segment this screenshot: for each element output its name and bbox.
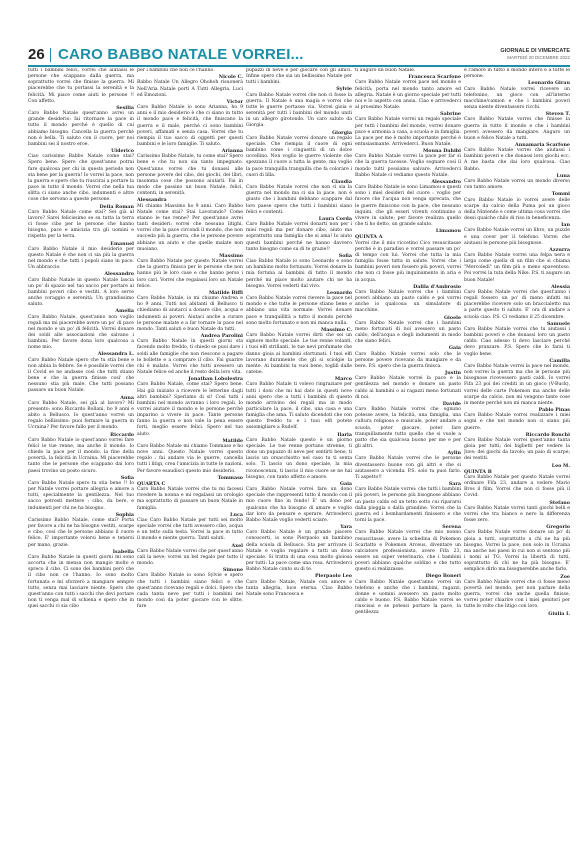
- letter-signature: Giulia I.: [464, 611, 570, 617]
- letter-text: Caro Babbo Natale vorrei ricevere un tel…: [464, 87, 570, 112]
- article-columns: tutti i bambini felici, vorrei che aiuta…: [28, 68, 570, 838]
- letter-text: Caro Babbo Natale io quest'anno vorrei f…: [28, 438, 134, 475]
- letter-text: Caro Babbo Natale io sono Sylvie e spero…: [137, 573, 243, 610]
- letter-text: Caro Babbo Natale vorrei che non ci sia …: [246, 185, 352, 216]
- column-2: per i bambini che non ce l'hanno.Nicole …: [137, 68, 243, 838]
- masthead: GIORNALE DI VIMERCATE MARTEDÌ 20 DICEMBR…: [500, 48, 570, 61]
- letter-text: Caro Babbo Natale io sono Limamou e ques…: [355, 185, 461, 228]
- letter-text: Caro Babbo Natale vorrei un regalo speci…: [355, 117, 461, 148]
- letter-text: Caro Babbo Natale in questo Natale lasci…: [28, 278, 134, 309]
- letter-text: Caro Babbo Natale è un grande piacere co…: [246, 530, 352, 573]
- issue-date: MARTEDÌ 20 DICEMBRE 2022: [500, 55, 570, 61]
- letter-text: Caro Babbo Natale vorrei che ognuno pote…: [355, 407, 461, 450]
- letter-text: tutti i bambini felici, vorrei che aiuta…: [28, 68, 134, 105]
- letter-text: Caro Babbo Natale vorrei tanti giochi be…: [464, 506, 570, 524]
- letter-text: e l'amore in tutto il mondo intero e a t…: [464, 68, 570, 80]
- column-4: ti auguro un buon Natale.Francesca Scarf…: [355, 68, 461, 838]
- newspaper-name: GIORNALE DI VIMERCATE: [500, 48, 570, 55]
- letter-text: Caro Babbo Natale in questi giorni mi so…: [28, 555, 134, 610]
- column-5: e l'amore in tutto il mondo intero e a t…: [464, 68, 570, 838]
- letter-text: Caro Babbo Natale questo è un giorno spe…: [246, 438, 352, 481]
- letter-text: Caro Babbo Natale vorrei solo che le per…: [355, 352, 461, 370]
- letter-text: Caro Babbo Natale vorrei realizzare i mi…: [464, 413, 570, 431]
- letter-text: Caro Babbo Natale io sono Arianna, ho 9 …: [137, 105, 243, 148]
- letter-text: Caro Babbo Natale vorrei la pace e la ge…: [355, 376, 461, 401]
- letter-text: Ciao Caro Babbo Natale per tutti sei mol…: [137, 518, 243, 543]
- letter-text: Vorrei che il mio riccetino Cico resusci…: [355, 241, 461, 284]
- letter-text: Caro Babbo Natale vorrei che finisse la …: [464, 117, 570, 142]
- letter-text: Caro Babbo Natale per questo Natale vorr…: [464, 475, 570, 500]
- letter-text: Caro Babbo Natale ti volevo ringraziare …: [246, 382, 352, 431]
- letter-text: Caro Babbo Natale vorrei quest'anno tant…: [464, 438, 570, 463]
- page-number: 26: [28, 46, 45, 64]
- letter-text: Caro Babbo Natale vorrei che quest'anno …: [464, 290, 570, 321]
- letter-text: Caro Babbo Natale vorrei la pace nel mon…: [464, 364, 570, 407]
- column-3: pupazzi di neve e per giocare con gli am…: [246, 68, 352, 838]
- page-title: CARO BABBO NATALE VORREI...: [58, 46, 304, 64]
- letter-text: Caro Babbo Natale, sei già al lavoro? Mi…: [28, 401, 134, 432]
- letter-text: Caro Babbo Natale, come stai? Spero bene…: [137, 382, 243, 437]
- letter-text: Caro Babbo Natale vorrei che le persone …: [355, 456, 461, 481]
- header-separator: [50, 48, 51, 62]
- letter-text: pupazzi di neve e per giocare con gli am…: [246, 68, 352, 86]
- letter-text: Caro Babbo Natale vorrei che tu aiutassi…: [464, 327, 570, 358]
- letter-text: Caro Babbo Natale mi chiamo Tommaso e ho…: [137, 444, 243, 475]
- letter-text: Caro Babbo Natale vorrei donarti non per…: [246, 222, 352, 253]
- letter-text: Caro Babbo Natale vorrei donare un regal…: [246, 136, 352, 179]
- letter-text: Caro Babbo Natale vorrei che aiutassi i …: [464, 148, 570, 173]
- letter-text: Mi chiamo Massimo ho 9 anni. Caro Babbo …: [137, 204, 243, 253]
- letter-text: Caro Babbo Natale come stai? Sei già al …: [28, 210, 134, 241]
- letter-text: Caro Babbo Natale vorrei che per quest'a…: [137, 549, 243, 567]
- letter-text: Caro Babbo Natale spero che tu stia bene…: [28, 358, 134, 395]
- letter-text: Caro Babbo Natale vorrei che i bambini p…: [355, 290, 461, 315]
- letter-text: Caro Babbo Natale vorrei una felpa nera …: [464, 253, 570, 284]
- letter-text: Caro Babbo Natale vorrei: che tutti i ba…: [355, 487, 461, 524]
- letter-text: Babbo Natale Un Allegro Ohohoh risuonerà…: [137, 80, 243, 98]
- letter-text: Caro Babbo Natale quest'anno vorrei un t…: [355, 580, 461, 617]
- letter-text: Caro Babbo Natale vorrei che mio nonno r…: [355, 530, 461, 573]
- letter-text: Caro Babbo Natale in questi giorni sta f…: [137, 339, 243, 376]
- letter-text: Carissimo Babbo Natale, come stai? Porta…: [28, 518, 134, 549]
- letter-text: Caro Babbo Natale, quest'anno non voglio…: [28, 315, 134, 352]
- letter-text: Caro Babbo Natale, Natale con amore e ta…: [246, 580, 352, 598]
- letter-text: Caro Babbo Natale vorrei fare un dono sp…: [246, 487, 352, 524]
- letter-text: Caro Babbo Natale vorrei che non ci foss…: [246, 93, 352, 130]
- page-header: 26 CARO BABBO NATALE VORREI... GIORNALE …: [28, 46, 570, 64]
- letter-text: Caro Babbo Natale, io mi chiamo Andrea e…: [137, 296, 243, 333]
- header-rule: [28, 65, 570, 67]
- letter-text: Caro Babbo Natale quest'anno avrei un gr…: [28, 111, 134, 148]
- letter-text: Caro Babbo Natale vorrei la pace per far…: [355, 154, 461, 179]
- letter-text: Caro Babbo Natale vorrei un mondo divers…: [464, 179, 570, 191]
- letter-text: Ciao Babbo Natale io sono Leonardo e son…: [246, 259, 352, 290]
- column-1: tutti i bambini felici, vorrei che aiuta…: [28, 68, 134, 838]
- letter-text: Caro Babbo Natale vorrei che tu mi faces…: [137, 487, 243, 512]
- letter-text: Caro Babbo Natale vorrei pace nel mondo …: [355, 80, 461, 111]
- letter-text: Caro Babbo Natale per questo Natale vorr…: [137, 259, 243, 290]
- letter-text: Caro Babbo Natale vorrei un libro, un pu…: [464, 228, 570, 246]
- letter-text: Caro Babbo Natale il mio desiderio per q…: [28, 247, 134, 272]
- letter-text: Carissimo Babbo Natale, tu come stai? Sp…: [137, 154, 243, 197]
- letter-text: Caro Babbo Natale spero tu stia bene !! …: [28, 481, 134, 512]
- letter-text: Caro Babbo Natale vorrei dirti che sei u…: [246, 333, 352, 376]
- letter-text: Ciao carissimo Babbo Natale come stai? S…: [28, 154, 134, 203]
- letter-text: Caro Babbo Natale vorrei che ci fosse me…: [464, 580, 570, 611]
- letter-text: Caro Babbo Natale io vorrei avere delle …: [464, 198, 570, 223]
- letter-text: Caro Babbo Natale vorrei rievere la pace…: [246, 296, 352, 327]
- letter-text: Caro Babbo Natale vorrei donare un po' d…: [464, 530, 570, 573]
- letter-text: Caro Babbo Natale vorrei che i bambini m…: [355, 321, 461, 346]
